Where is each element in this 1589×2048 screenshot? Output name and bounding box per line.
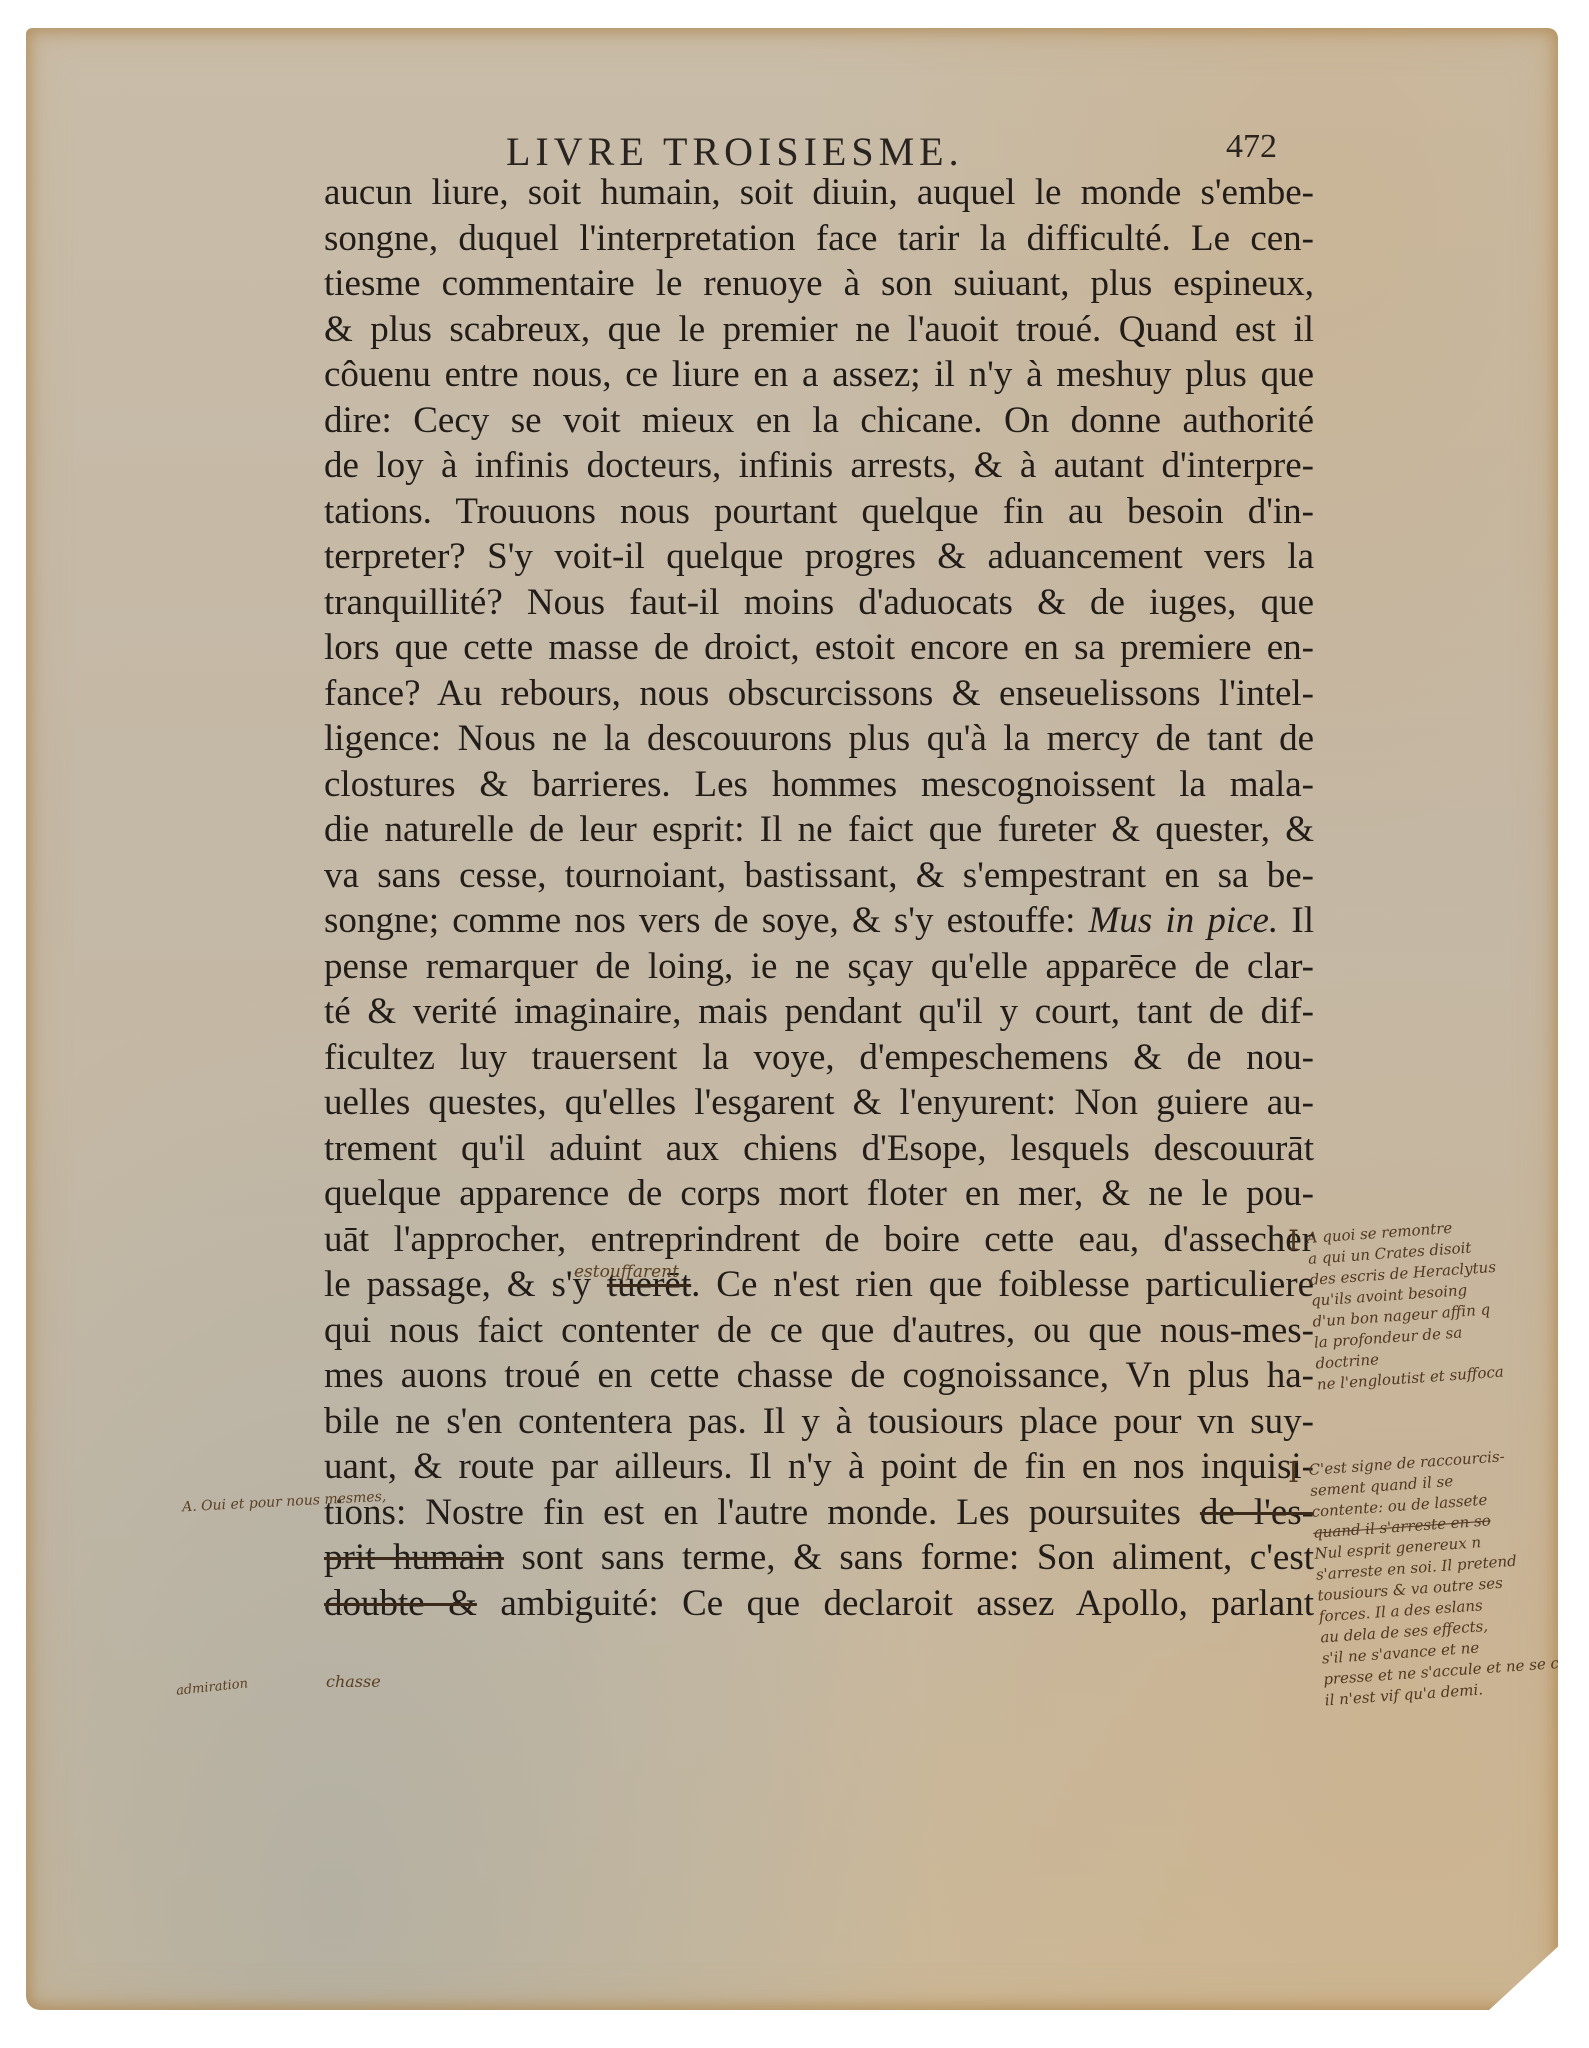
printed-text-block: aucun liure, soit humain, soit diuin, au… — [324, 170, 1314, 1626]
insertion-mark-icon: I — [1288, 1224, 1299, 1257]
struck-phrase: de l'es- — [1200, 1492, 1314, 1533]
margin-note-right: A quoi se remontre a qui un Crates disoi… — [1306, 1215, 1504, 1396]
text-line: die naturelle de leur esprit: Il ne faic… — [324, 807, 1314, 853]
text-line: fance? Au rebours, nous obscurcissons & … — [324, 671, 1314, 717]
insertion-mark-icon: I — [1288, 1456, 1299, 1489]
line-segment: sont sans terme, & sans forme: Son alime… — [504, 1537, 1314, 1578]
text-line: pense remarquer de loing, ie ne sçay qu'… — [324, 944, 1314, 990]
text-line: va sans cesse, tournoiant, bastissant, &… — [324, 853, 1314, 899]
text-line: côuenu entre nous, ce liure en a assez; … — [324, 352, 1314, 398]
text-line: bile ne s'en contentera pas. Il y à tous… — [324, 1399, 1314, 1445]
text-line: & plus scabreux, que le premier ne l'auo… — [324, 307, 1314, 353]
text-line: tations. Trouuons nous pourtant quelque … — [324, 489, 1314, 535]
text-line: tranquillité? Nous faut-il moins d'aduoc… — [324, 580, 1314, 626]
interlinear-insert: chasse — [326, 1672, 381, 1691]
book-page: LIVRE TROISIESME. 472 aucun liure, soit … — [26, 28, 1558, 2010]
line-segment: le passage, & s'y — [324, 1264, 607, 1305]
text-line: dire: Cecy se voit mieux en la chicane. … — [324, 398, 1314, 444]
text-line: clostures & barrieres. Les hommes mescog… — [324, 762, 1314, 808]
running-head: LIVRE TROISIESME. — [506, 128, 964, 175]
text-line: de loy à infinis docteurs, infinis arres… — [324, 443, 1314, 489]
line-segment: Il — [1278, 900, 1314, 941]
text-line: aucun liure, soit humain, soit diuin, au… — [324, 170, 1314, 216]
line-segment: songne; comme nos vers de soye, & s'y es… — [324, 900, 1089, 941]
text-line-corrected: tions: Nostre fin est en l'autre monde. … — [324, 1490, 1314, 1536]
text-line-corrected: le passage, & s'y tuerēt. Ce n'est rien … — [324, 1262, 1314, 1308]
text-line: mes auons troué en cette chasse de cogno… — [324, 1353, 1314, 1399]
text-line: trement qu'il aduint aux chiens d'Esope,… — [324, 1126, 1314, 1172]
text-line: uelles questes, qu'elles l'esgarent & l'… — [324, 1080, 1314, 1126]
text-line: té & verité imaginaire, mais pendant qu'… — [324, 989, 1314, 1035]
text-line: uāt l'approcher, entreprindrent de boire… — [324, 1217, 1314, 1263]
text-line: quelque apparence de corps mort floter e… — [324, 1171, 1314, 1217]
text-line: tiesme commentaire le renuoye à son suiu… — [324, 261, 1314, 307]
text-line-corrected: doubte & ambiguité: Ce que declaroit ass… — [324, 1581, 1314, 1627]
text-line-latin: songne; comme nos vers de soye, & s'y es… — [324, 898, 1314, 944]
text-line: lors que cette masse de droict, estoit e… — [324, 625, 1314, 671]
line-segment: ambiguité: Ce que declaroit assez Apollo… — [477, 1583, 1314, 1624]
page-number: 472 — [1226, 128, 1277, 166]
text-line: qui nous faict contenter de ce que d'aut… — [324, 1308, 1314, 1354]
text-line: uant, & route par ailleurs. Il n'y à poi… — [324, 1444, 1314, 1490]
latin-phrase: Mus in pice. — [1089, 900, 1279, 941]
text-line: ligence: Nous ne la descouurons plus qu'… — [324, 716, 1314, 762]
struck-phrase: doubte & — [324, 1583, 477, 1624]
margin-note-right: C'est signe de raccourcis- sement quand … — [1308, 1440, 1589, 1711]
text-line-corrected: prit humain sont sans terme, & sans form… — [324, 1535, 1314, 1581]
interlinear-insert: estouffarent — [574, 1262, 679, 1282]
text-line: ficultez luy trauersent la voye, d'empes… — [324, 1035, 1314, 1081]
line-segment: . Ce n'est rien que foiblesse particulie… — [691, 1264, 1314, 1305]
struck-phrase: prit humain — [324, 1537, 504, 1578]
text-line: terpreter? S'y voit-il quelque progres &… — [324, 534, 1314, 580]
line-segment: tions: Nostre fin est en l'autre monde. … — [324, 1492, 1200, 1533]
margin-note-left: admiration — [175, 1676, 248, 1698]
text-line: songne, duquel l'interpretation face tar… — [324, 216, 1314, 262]
